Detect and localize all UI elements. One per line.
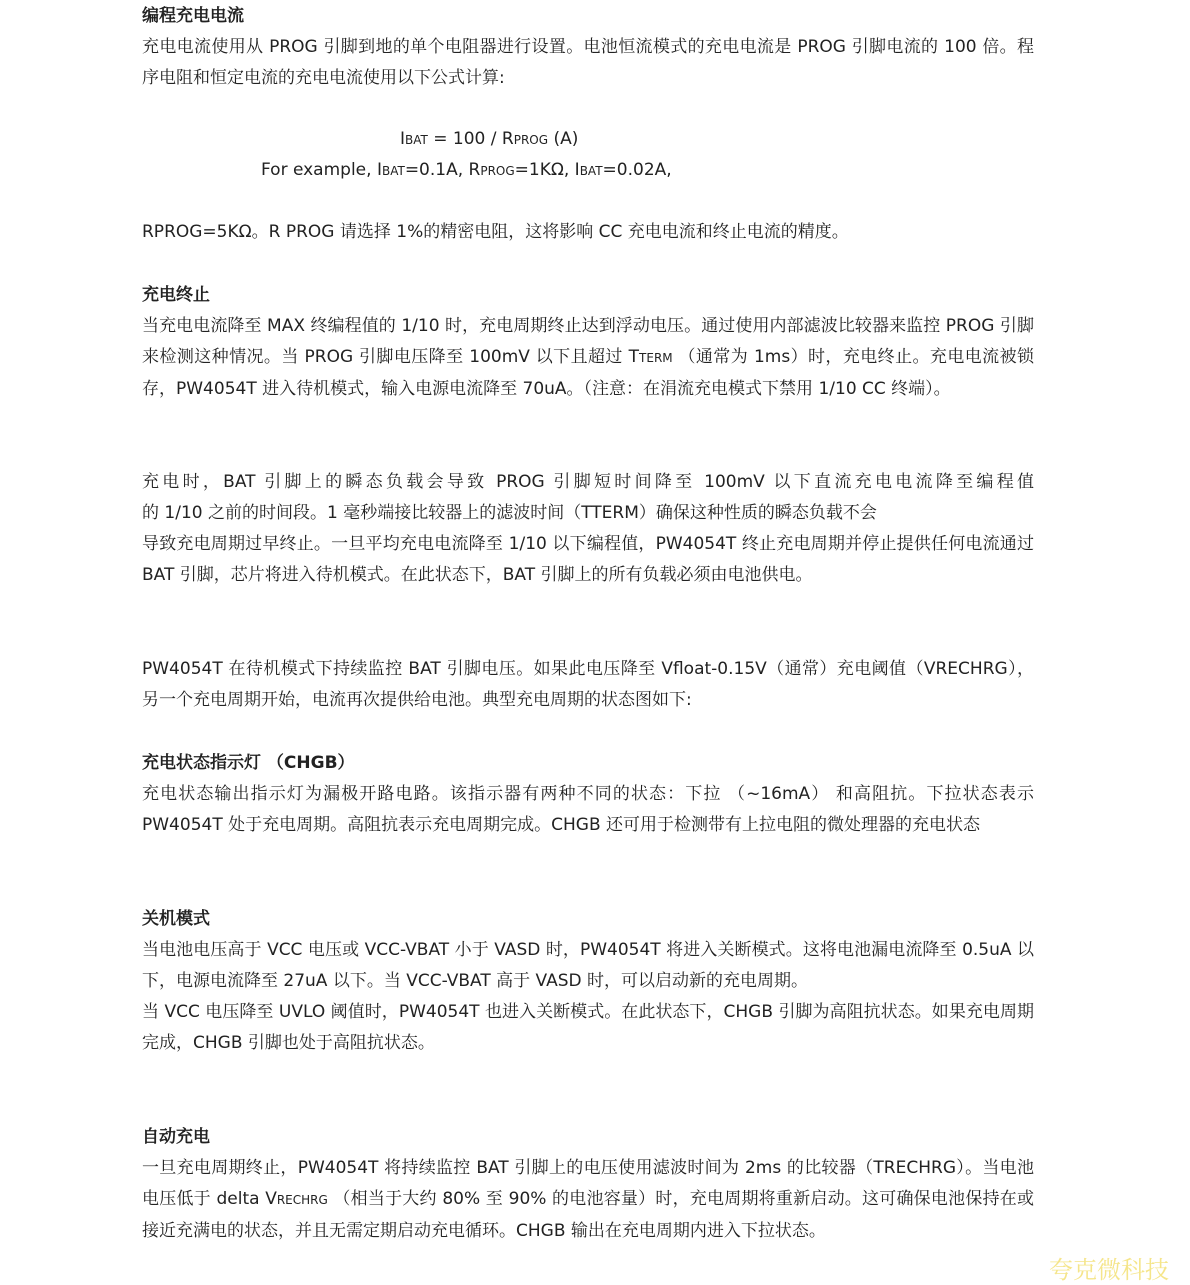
section-heading-auto-recharge: 自动充电 (142, 1122, 1034, 1153)
paragraph-termination-2-rest: 导致充电周期过早终止。一旦平均充电电流降至 1/10 以下编程值，PW4054T… (142, 529, 1034, 591)
paragraph-rprog-note: RPROG=5KΩ。R PROG 请选择 1%的精密电阻，这将影响 CC 充电电… (142, 217, 1034, 248)
paragraph-auto-recharge: 一旦充电周期终止，PW4054T 将持续监控 BAT 引脚上的电压使用滤波时间为… (142, 1153, 1034, 1247)
section-heading-prog-current: 编程充电电流 (142, 1, 1034, 32)
formula-line-2: For example, IBAT=0.1A, RPROG=1KΩ, IBAT=… (261, 155, 672, 187)
paragraph-termination-1: 当充电电流降至 MAX 终编程值的 1/10 时，充电周期终止达到浮动电压。通过… (142, 311, 1034, 405)
section-heading-chgb: 充电状态指示灯 （CHGB） (142, 748, 1034, 779)
paragraph-termination-2-line-2: 的 1/10 之前的时间段。1 毫秒端接比较器上的滤波时间（TTERM）确保这种… (142, 498, 1034, 529)
section-heading-shutdown: 关机模式 (142, 904, 1034, 935)
watermark: 夸克微科技 (1049, 1255, 1169, 1285)
paragraph-shutdown-2: 当 VCC 电压降至 UVLO 阈值时，PW4054T 也进入关断模式。在此状态… (142, 997, 1034, 1059)
paragraph-shutdown-1: 当电池电压高于 VCC 电压或 VCC-VBAT 小于 VASD 时，PW405… (142, 935, 1034, 997)
paragraph-prog-current: 充电电流使用从 PROG 引脚到地的单个电阻器进行设置。电池恒流模式的充电电流是… (142, 32, 1034, 94)
paragraph-standby-monitor: PW4054T 在待机模式下持续监控 BAT 引脚电压。如果此电压降至 Vflo… (142, 654, 1034, 716)
paragraph-termination-2-line-1: 充电时，BAT 引脚上的瞬态负载会导致 PROG 引脚短时间降至 100mV 以… (142, 467, 1034, 498)
formula-line-1: IBAT = 100 / RPROG (A) (400, 124, 578, 156)
section-heading-termination: 充电终止 (142, 280, 1034, 311)
paragraph-chgb: 充电状态输出指示灯为漏极开路电路。该指示器有两种不同的状态：下拉 （~16mA）… (142, 779, 1034, 841)
